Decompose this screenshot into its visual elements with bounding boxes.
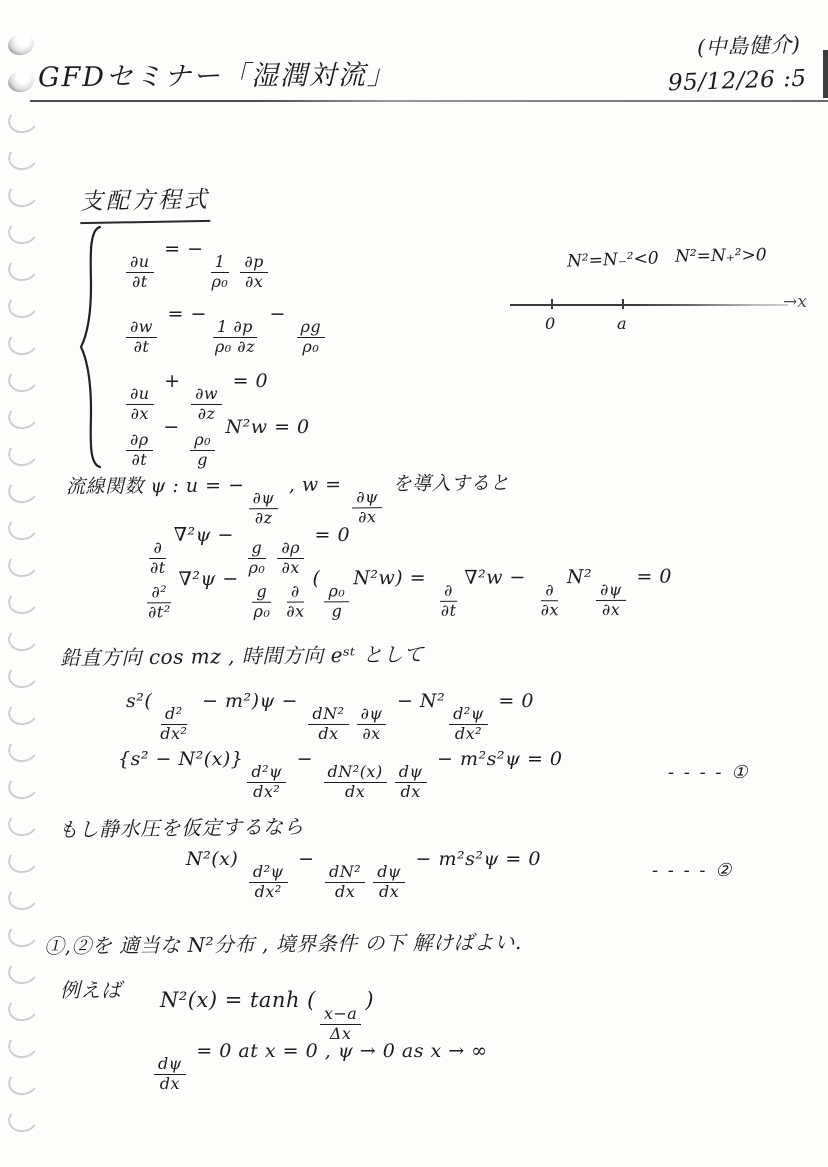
tick-zero	[551, 299, 553, 309]
binder-hole	[6, 956, 41, 987]
equation-modal-2: {s² − N²(x)}d²ψdx² − dN²(x)dxdψdx − m²s²…	[118, 748, 563, 801]
fraction: 1ρ₀	[208, 254, 233, 291]
fraction: ∂ψ∂z	[249, 490, 279, 527]
fraction: ∂∂x	[537, 582, 563, 619]
fraction: dψdx	[154, 1056, 186, 1093]
system-brace	[78, 224, 104, 470]
n2-profile-diagram: N²=N₋²<0 N²=N₊²>0 →x 0 a	[505, 242, 825, 337]
binder-hole	[6, 882, 41, 913]
binder-hole	[6, 1030, 41, 1061]
fraction: ρgρ₀	[297, 319, 326, 356]
equation-momentum-z: ∂w∂t = −1 ∂pρ₀ ∂z − ρgρ₀	[122, 303, 329, 356]
binder-hole	[6, 401, 41, 432]
binder-holes	[8, 34, 42, 1154]
binder-hole	[6, 660, 41, 691]
page-title: GFDセミナー「湿潤対流」	[38, 53, 396, 94]
solve-note-line: ①,②を 適当な N²分布 , 境界条件 の下 解けばよい.	[44, 926, 522, 959]
binder-hole	[6, 32, 36, 58]
fraction: dN²dx	[308, 706, 348, 743]
binder-hole	[6, 327, 41, 358]
binder-hole	[6, 586, 41, 617]
binder-hole	[6, 179, 41, 210]
binder-hole	[6, 253, 41, 284]
tick-zero-label: 0	[545, 314, 555, 333]
date: 95/12/26 :5	[667, 66, 806, 97]
binder-hole	[6, 734, 41, 765]
equation-continuity: ∂u∂x + ∂w∂z = 0	[122, 370, 268, 423]
equation-vorticity-2: ∂²∂t²∇²ψ − gρ₀∂∂x(ρ₀gN²w) = ∂∂t∇²w − ∂∂x…	[140, 566, 672, 621]
title-rule-line	[30, 100, 828, 102]
binder-hole	[6, 105, 41, 136]
tick-a-label: a	[617, 314, 627, 333]
equation-boundary-conditions: dψdx = 0 at x = 0 , ψ → 0 as x → ∞	[150, 1040, 488, 1093]
binder-hole	[6, 290, 41, 321]
binder-hole	[6, 549, 41, 580]
fraction: dN²(x)dx	[324, 764, 387, 801]
equation-modal-1: s²(d²dx² − m²)ψ − dN²dx∂ψ∂x − N²d²ψdx² =…	[126, 690, 534, 743]
fraction: ∂ψ∂x	[357, 706, 387, 743]
fraction: ρ₀g	[190, 432, 215, 469]
fraction: ∂ψ∂x	[596, 582, 626, 619]
binder-hole	[6, 142, 41, 173]
binder-hole	[6, 216, 41, 247]
label-n2-negative: N²=N₋²<0	[567, 248, 659, 271]
author-name: (中島健介)	[696, 28, 800, 62]
binder-hole	[6, 771, 41, 802]
binder-hole	[6, 919, 41, 950]
scan-edge-artifact	[823, 50, 828, 98]
label-n2-positive: N²=N₊²>0	[675, 245, 767, 267]
fraction: dψdx	[395, 764, 427, 801]
x-axis-arrow-label: →x	[783, 292, 807, 312]
binder-hole	[6, 993, 41, 1024]
binder-hole	[6, 512, 41, 543]
example-label: 例えば	[60, 974, 122, 1003]
notebook-page: (中島健介) 95/12/26 :5 GFDセミナー「湿潤対流」 支配方程式 ∂…	[0, 0, 828, 1167]
binder-hole	[6, 1104, 41, 1135]
fraction: d²dx²	[156, 706, 191, 743]
equation-tag-1: ‐ ‐ ‐ ‐ ①	[668, 762, 749, 783]
fraction: dN²dx	[325, 864, 365, 901]
fraction: ∂ψ∂x	[352, 489, 382, 526]
binder-hole	[6, 808, 41, 839]
binder-hole	[6, 1067, 41, 1098]
section-heading: 支配方程式	[80, 181, 211, 224]
separation-intro-line: 鉛直方向 cos mz , 時間方向 eˢᵗ として	[60, 638, 424, 671]
fraction: ∂∂x	[282, 584, 308, 621]
fraction: gρ₀	[249, 584, 274, 621]
fraction: ∂u∂t	[126, 254, 154, 291]
binder-hole	[6, 475, 41, 506]
binder-hole	[6, 845, 41, 876]
equation-momentum-x: ∂u∂t = −1ρ₀∂p∂x	[122, 238, 272, 291]
fraction: ∂²∂t²	[144, 584, 175, 621]
binder-hole	[6, 623, 41, 654]
equation-density: ∂ρ∂t − ρ₀g N²w = 0	[122, 416, 310, 469]
fraction: d²ψdx²	[449, 706, 488, 743]
fraction: ∂w∂t	[126, 319, 157, 356]
binder-hole	[6, 438, 41, 469]
fraction: ∂∂t	[437, 583, 461, 620]
equation-hydrostatic: N²(x) d²ψdx² − dN²dxdψdx − m²s²ψ = 0	[186, 848, 541, 901]
binder-hole	[6, 364, 41, 395]
tick-a	[622, 299, 624, 309]
hydrostatic-intro-line: もし静水圧を仮定するなら	[58, 810, 304, 842]
fraction: ∂ρ∂t	[126, 432, 153, 469]
streamfunction-intro-line: 流線関数 ψ : u = −∂ψ∂z , w = ∂ψ∂x を導入すると	[66, 468, 510, 528]
binder-hole	[6, 697, 41, 728]
fraction: x−aΔx	[320, 1006, 361, 1043]
fraction: d²ψdx²	[249, 864, 288, 901]
binder-hole	[6, 69, 36, 95]
fraction: dψdx	[373, 864, 405, 901]
fraction: ∂p∂x	[240, 254, 268, 291]
fraction: ρ₀g	[324, 583, 349, 620]
equation-example-n2: N²(x) = tanh (x−aΔx)	[160, 988, 374, 1043]
fraction: 1 ∂pρ₀ ∂z	[211, 319, 259, 356]
fraction: d²ψdx²	[247, 764, 286, 801]
equation-tag-2: ‐ ‐ ‐ ‐ ②	[652, 860, 733, 881]
